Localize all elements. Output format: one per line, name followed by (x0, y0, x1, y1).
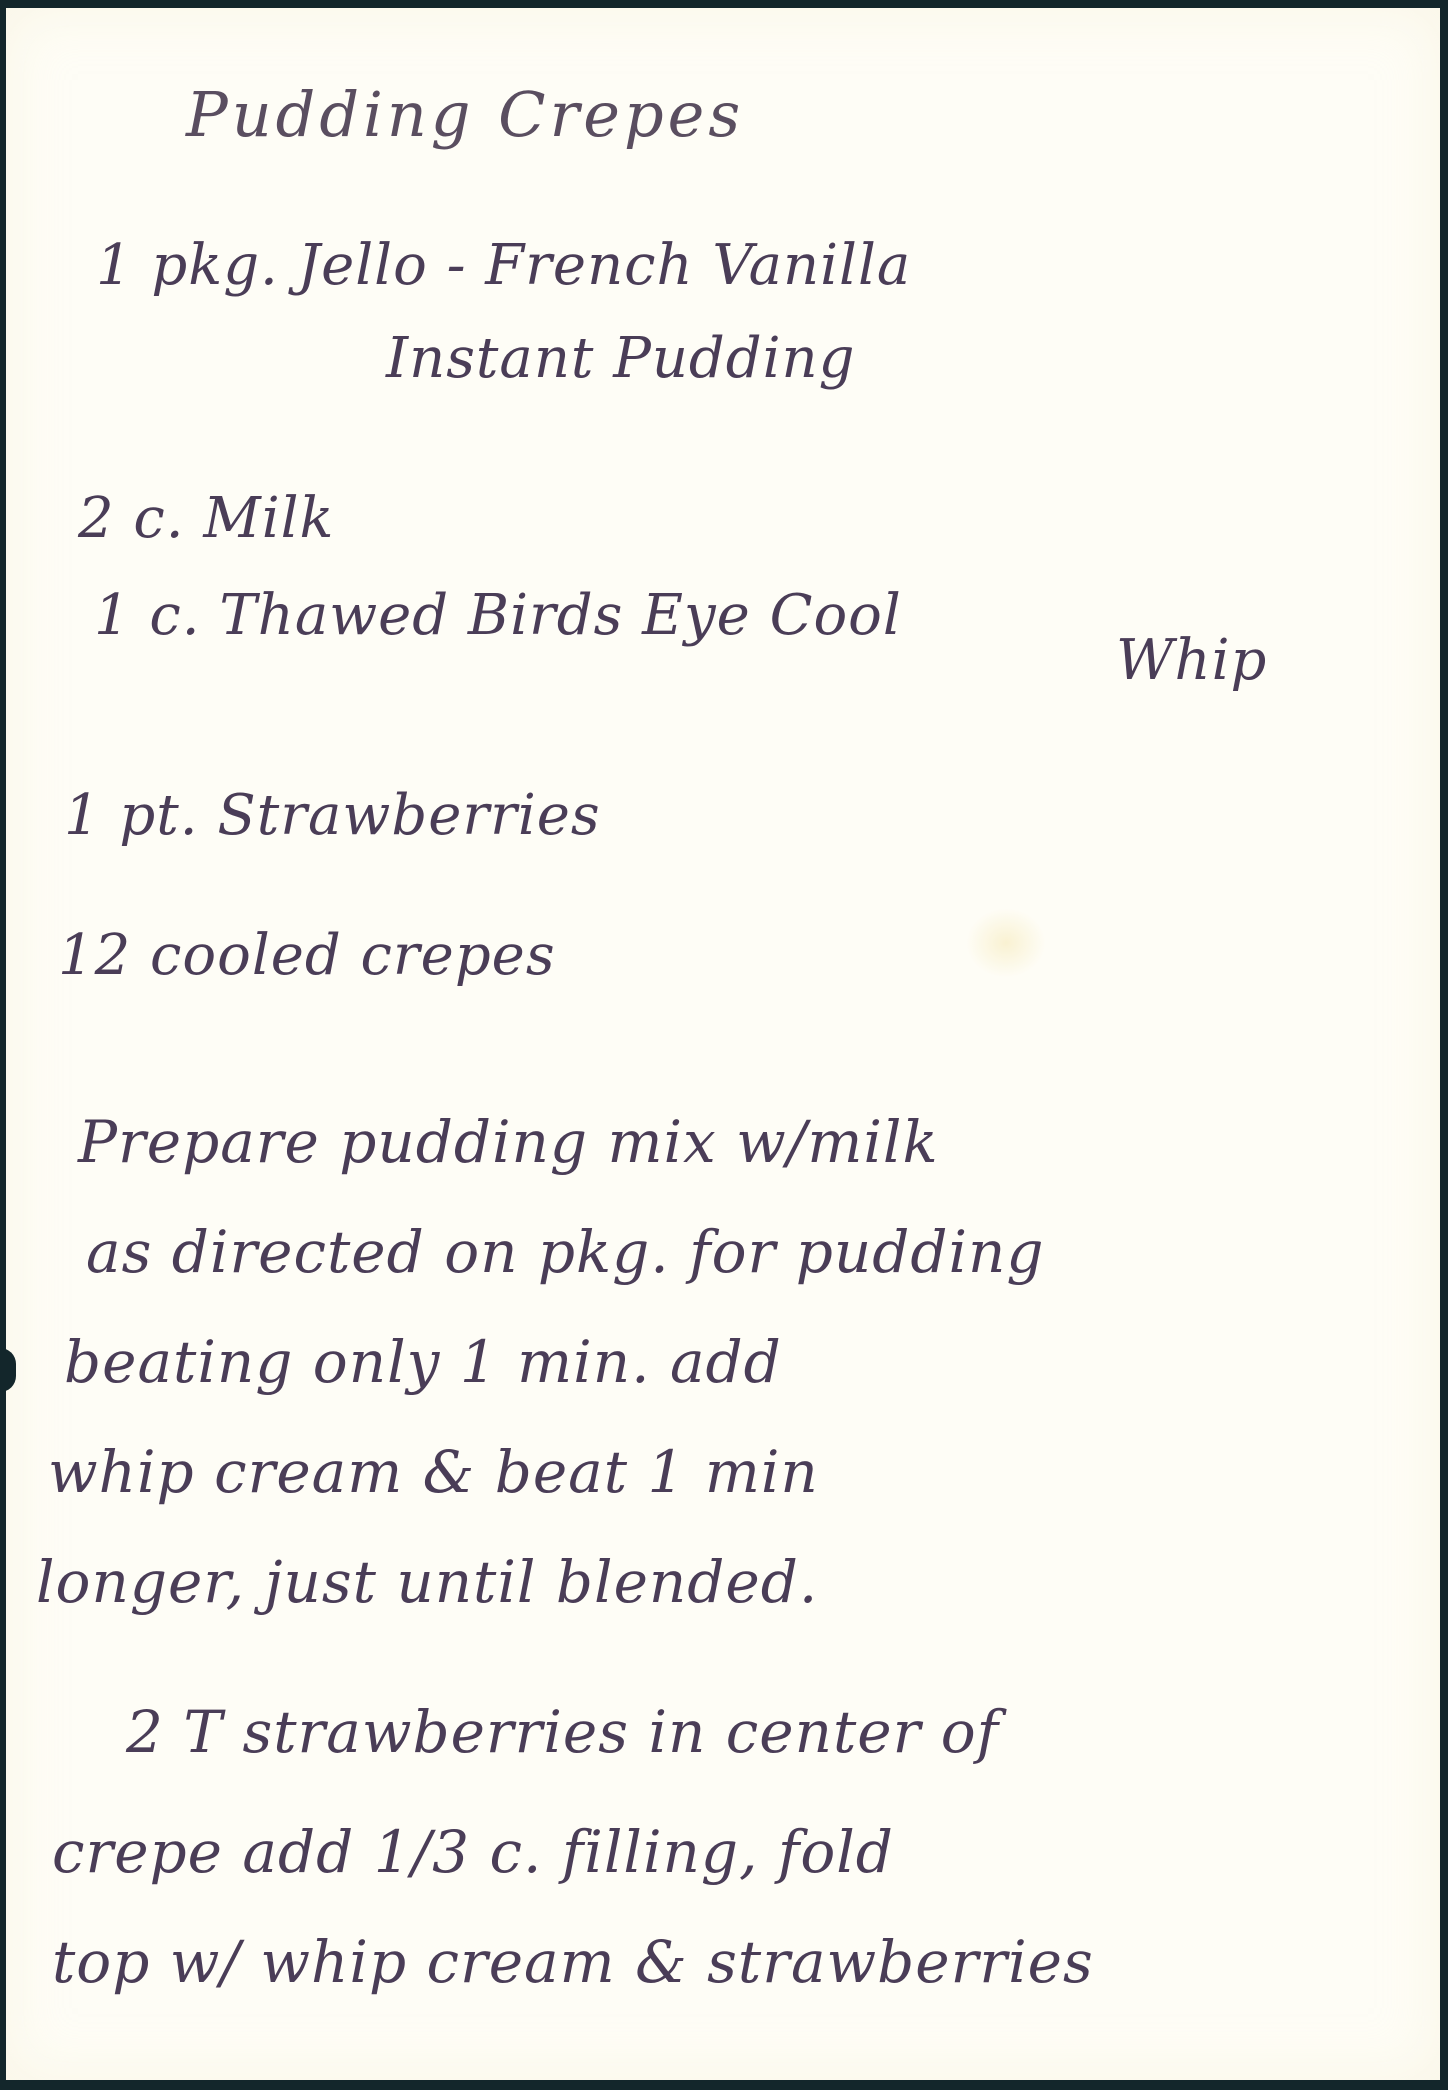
ingredient-1-line1: 1 pkg. Jello - French Vanilla (96, 233, 911, 298)
direction-line-7: crepe add 1/3 c. filling, fold (52, 1818, 894, 1886)
direction-line-2: as directed on pkg. for pudding (86, 1218, 1045, 1286)
recipe-card-paper: Pudding Crepes 1 pkg. Jello - French Van… (6, 8, 1440, 2080)
ingredient-1-line2: Instant Pudding (386, 326, 855, 391)
ingredient-4: 1 pt. Strawberries (64, 783, 601, 848)
paper-stain (966, 908, 1046, 978)
ingredient-2: 2 c. Milk (78, 486, 335, 551)
direction-line-3: beating only 1 min. add (64, 1328, 782, 1396)
direction-line-5: longer, just until blended. (36, 1548, 818, 1616)
paper-tear-notch (0, 1348, 16, 1392)
recipe-title: Pudding Crepes (186, 78, 744, 151)
ingredient-3-line2: Whip (1116, 628, 1267, 693)
direction-line-8: top w/ whip cream & strawberries (52, 1928, 1094, 1996)
ingredient-3-line1: 1 c. Thawed Birds Eye Cool (94, 583, 902, 648)
scanned-recipe-card: Pudding Crepes 1 pkg. Jello - French Van… (0, 0, 1448, 2090)
direction-line-6: 2 T strawberries in center of (126, 1698, 999, 1766)
direction-line-1: Prepare pudding mix w/milk (78, 1108, 939, 1176)
direction-line-4: whip cream & beat 1 min (48, 1438, 819, 1506)
ingredient-5: 12 cooled crepes (58, 923, 556, 988)
